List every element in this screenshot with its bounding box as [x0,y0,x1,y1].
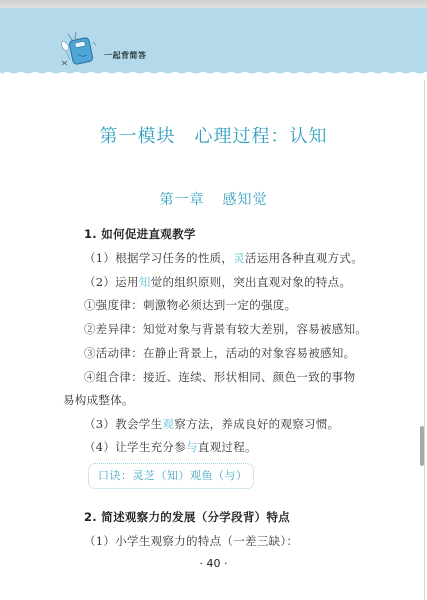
text-segment: 察方法，养成良好的观察习惯。 [174,417,339,431]
top-edge-shadow [0,0,427,8]
text-segment: 觉的组织原则，突出直观对象的特点。 [151,275,352,289]
text-segment: 直观过程。 [198,440,257,454]
text-line: ②差异律：知觉对象与背景有较大差别，容易被感知。 [84,321,367,337]
text-line: ④组合律：接近、连续、形状相同、颜色一致的事物 [84,369,355,385]
text-line: （2）运用知觉的组织原则，突出直观对象的特点。 [84,274,351,290]
text-segment: （1）根据学习任务的性质， [84,251,233,265]
text-line: ①强度律：刺激物必须达到一定的强度。 [84,297,296,313]
chapter-number: 第一章 [160,192,205,208]
chapter-title: 第一章感知觉 [0,189,427,209]
highlight-char: 观 [162,417,174,431]
chapter-name: 感知觉 [223,192,268,208]
text-line: （4）让学生充分参与直观过程。 [84,439,257,455]
notebook-mascot-icon [56,30,98,68]
text-segment: （4）让学生充分参 [84,440,186,454]
text-segment: （2）运用 [84,275,139,289]
text-line: ③活动律：在静止背景上，活动的对象容易被感知。 [84,345,355,361]
text-line: （1）小学生观察力的特点（一差三缺）： [84,533,298,549]
mnemonic-box: 口诀：灵芝（知）观鱼（与） [88,463,254,489]
module-title: 第一模块 心理过程：认知 [0,122,427,148]
highlight-char: 灵 [233,251,245,265]
text-line: （3）教会学生观察方法，养成良好的观察习惯。 [84,416,339,432]
scrollbar-track[interactable] [424,80,425,600]
question-heading-2: 2. 简述观察力的发展（分学段背）特点 [84,509,290,525]
question-heading-1: 1. 如何促进直观教学 [84,226,196,242]
scrollbar-thumb[interactable] [420,426,424,466]
highlight-char: 与 [186,440,198,454]
text-segment: 活运用各种直观方式。 [245,251,363,265]
text-line: 易构成整体。 [63,392,134,408]
header-title: 一起背简答 [104,50,147,61]
text-line: （1）根据学习任务的性质，灵活运用各种直观方式。 [84,250,363,266]
text-segment: （3）教会学生 [84,417,162,431]
highlight-char: 知 [139,275,151,289]
page-number: · 40 · [0,557,427,570]
